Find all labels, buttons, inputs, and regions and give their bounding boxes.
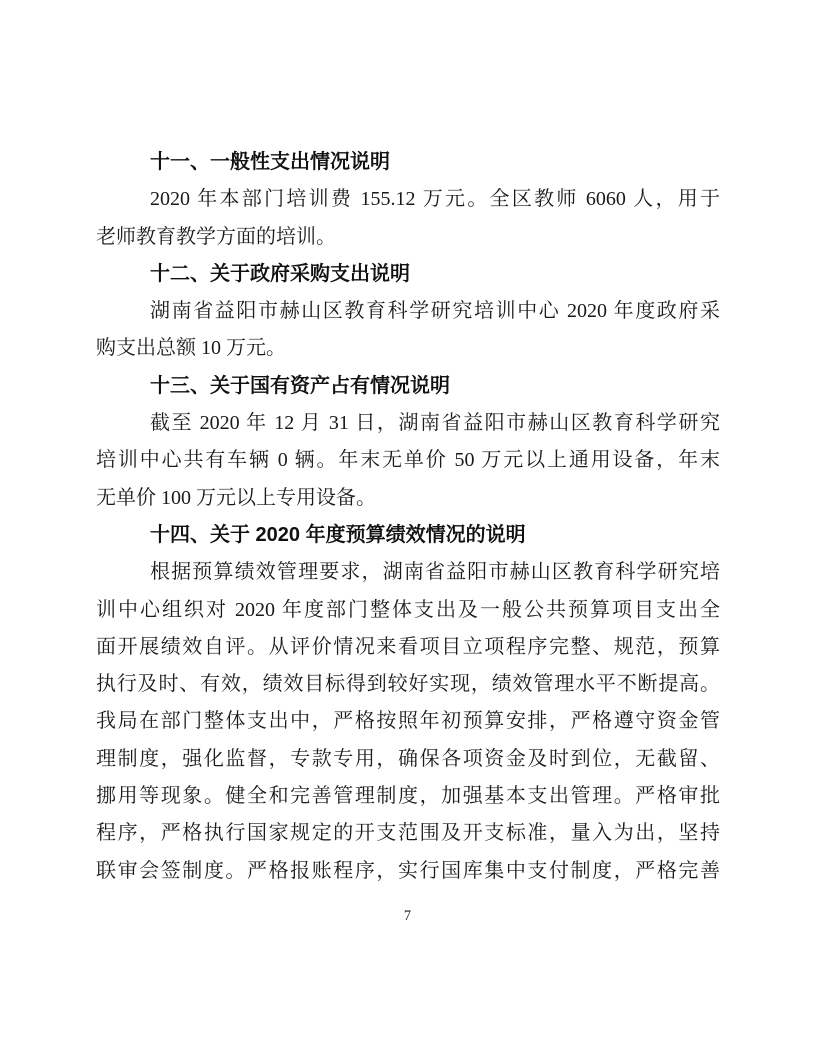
text-line: 无单价 100 万元以上专用设备。 [96,480,720,517]
text-line: 执行及时、有效，绩效目标得到较好实现，绩效管理水平不断提高。 [96,666,720,703]
text-line: 购支出总额 10 万元。 [96,330,720,367]
text-line: 训中心组织对 2020 年度部门整体支出及一般公共预算项目支出全 [96,592,720,629]
text-line: 我局在部门整体支出中，严格按照年初预算安排，严格遵守资金管 [96,703,720,740]
text-line: 联审会签制度。严格报账程序，实行国库集中支付制度，严格完善 [96,853,720,890]
text-line: 面开展绩效自评。从评价情况来看项目立项程序完整、规范，预算 [96,629,720,666]
text-line: 挪用等现象。健全和完善管理制度，加强基本支出管理。严格审批 [96,778,720,815]
section-heading: 十二、关于政府采购支出说明 [96,256,720,293]
text-line: 理制度，强化监督，专款专用，确保各项资金及时到位，无截留、 [96,741,720,778]
text-line: 湖南省益阳市赫山区教育科学研究培训中心 2020 年度政府采 [96,293,720,330]
text-line: 老师教育教学方面的培训。 [96,219,720,256]
section-heading: 十一、一般性支出情况说明 [96,144,720,181]
text-line: 程序，严格执行国家规定的开支范围及开支标准，量入为出，坚持 [96,815,720,852]
text-line: 培训中心共有车辆 0 辆。年末无单价 50 万元以上通用设备，年末 [96,442,720,479]
document-body: 十一、一般性支出情况说明 2020 年本部门培训费 155.12 万元。全区教师… [96,144,720,890]
text-line: 根据预算绩效管理要求，湖南省益阳市赫山区教育科学研究培 [96,554,720,591]
document-page: 十一、一般性支出情况说明 2020 年本部门培训费 155.12 万元。全区教师… [0,0,815,1055]
page-number: 7 [0,906,815,926]
text-line: 截至 2020 年 12 月 31 日，湖南省益阳市赫山区教育科学研究 [96,405,720,442]
section-heading: 十三、关于国有资产占有情况说明 [96,368,720,405]
section-heading: 十四、关于 2020 年度预算绩效情况的说明 [96,517,720,554]
text-line: 2020 年本部门培训费 155.12 万元。全区教师 6060 人，用于 [96,181,720,218]
